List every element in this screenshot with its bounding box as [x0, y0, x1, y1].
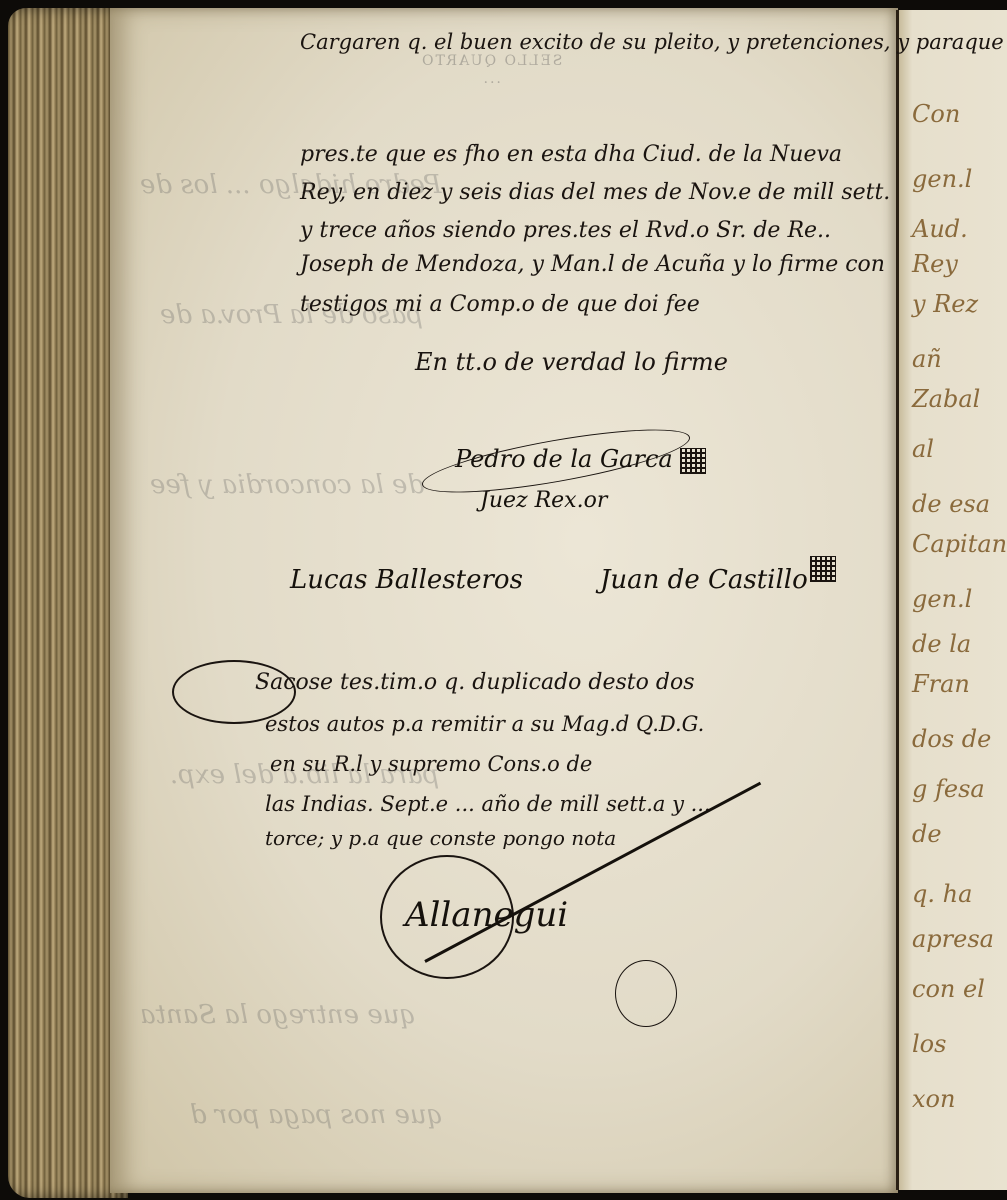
- right-page-text: al: [912, 435, 934, 463]
- right-page-text: g fesa: [912, 775, 985, 803]
- right-page-text: Con: [912, 100, 960, 128]
- note-line-1: Sacose tes.tim.o q. duplicado desto dos: [255, 670, 695, 695]
- right-page-text: Aud.: [912, 215, 968, 243]
- note-line-4: las Indias. Sept.e ... año de mill sett.…: [265, 792, 711, 816]
- text-line-2: pres.te que es fho en esta dha Ciud. de …: [300, 142, 842, 167]
- right-page-text: Capitan: [912, 530, 1007, 558]
- attestation-line: En tt.o de verdad lo firme: [415, 348, 728, 376]
- note-line-3: en su R.l y supremo Cons.o de: [270, 752, 592, 776]
- right-page-text: apresa: [912, 925, 994, 953]
- signature-lucas-ballesteros: Lucas Ballesteros: [290, 565, 523, 595]
- letter-flourish: [172, 660, 296, 724]
- right-page-text: de la: [912, 630, 971, 658]
- rubric-mark: [680, 448, 706, 474]
- text-line-4: y trece años siendo pres.tes el Rvd.o Sr…: [300, 218, 831, 243]
- text-line-6: testigos mi a Comp.o de que doi fee: [300, 292, 700, 317]
- right-page-text: Fran: [912, 670, 970, 698]
- text-line-1: Cargaren q. el buen excito de su pleito,…: [300, 30, 1007, 54]
- right-page-text: gen.l: [912, 585, 972, 613]
- right-page-text: de: [912, 820, 942, 848]
- note-line-2: estos autos p.a remitir a su Mag.d Q.D.G…: [265, 712, 704, 736]
- note-line-5: torce; y p.a que conste pongo nota: [265, 826, 616, 850]
- right-page-text: dos de: [912, 725, 991, 753]
- rubric-mark: [810, 556, 836, 582]
- signature-juan-de-castillo: Juan de Castillo: [600, 565, 808, 595]
- right-page-text: los: [912, 1030, 946, 1058]
- signature-loop: [615, 960, 677, 1027]
- right-page-text: de esa: [912, 490, 990, 518]
- right-page-text: q. ha: [912, 880, 972, 908]
- right-page-text: y Rez: [912, 290, 978, 318]
- signature-title-juez: Juez Rex.or: [480, 488, 607, 513]
- right-page-text: xon: [912, 1085, 955, 1113]
- right-page-text: con el: [912, 975, 985, 1003]
- right-page-text: gen.l: [912, 165, 972, 193]
- text-line-5: Joseph de Mendoza, y Man.l de Acuña y lo…: [300, 252, 885, 277]
- right-page-text: añ: [912, 345, 942, 373]
- stamp-bleed: SELLO QUARTO ...: [420, 52, 562, 88]
- right-page-text: Zabal: [912, 385, 980, 413]
- right-page-text: Rey: [912, 250, 958, 278]
- text-line-3: Rey, en diez y seis dias del mes de Nov.…: [300, 180, 890, 205]
